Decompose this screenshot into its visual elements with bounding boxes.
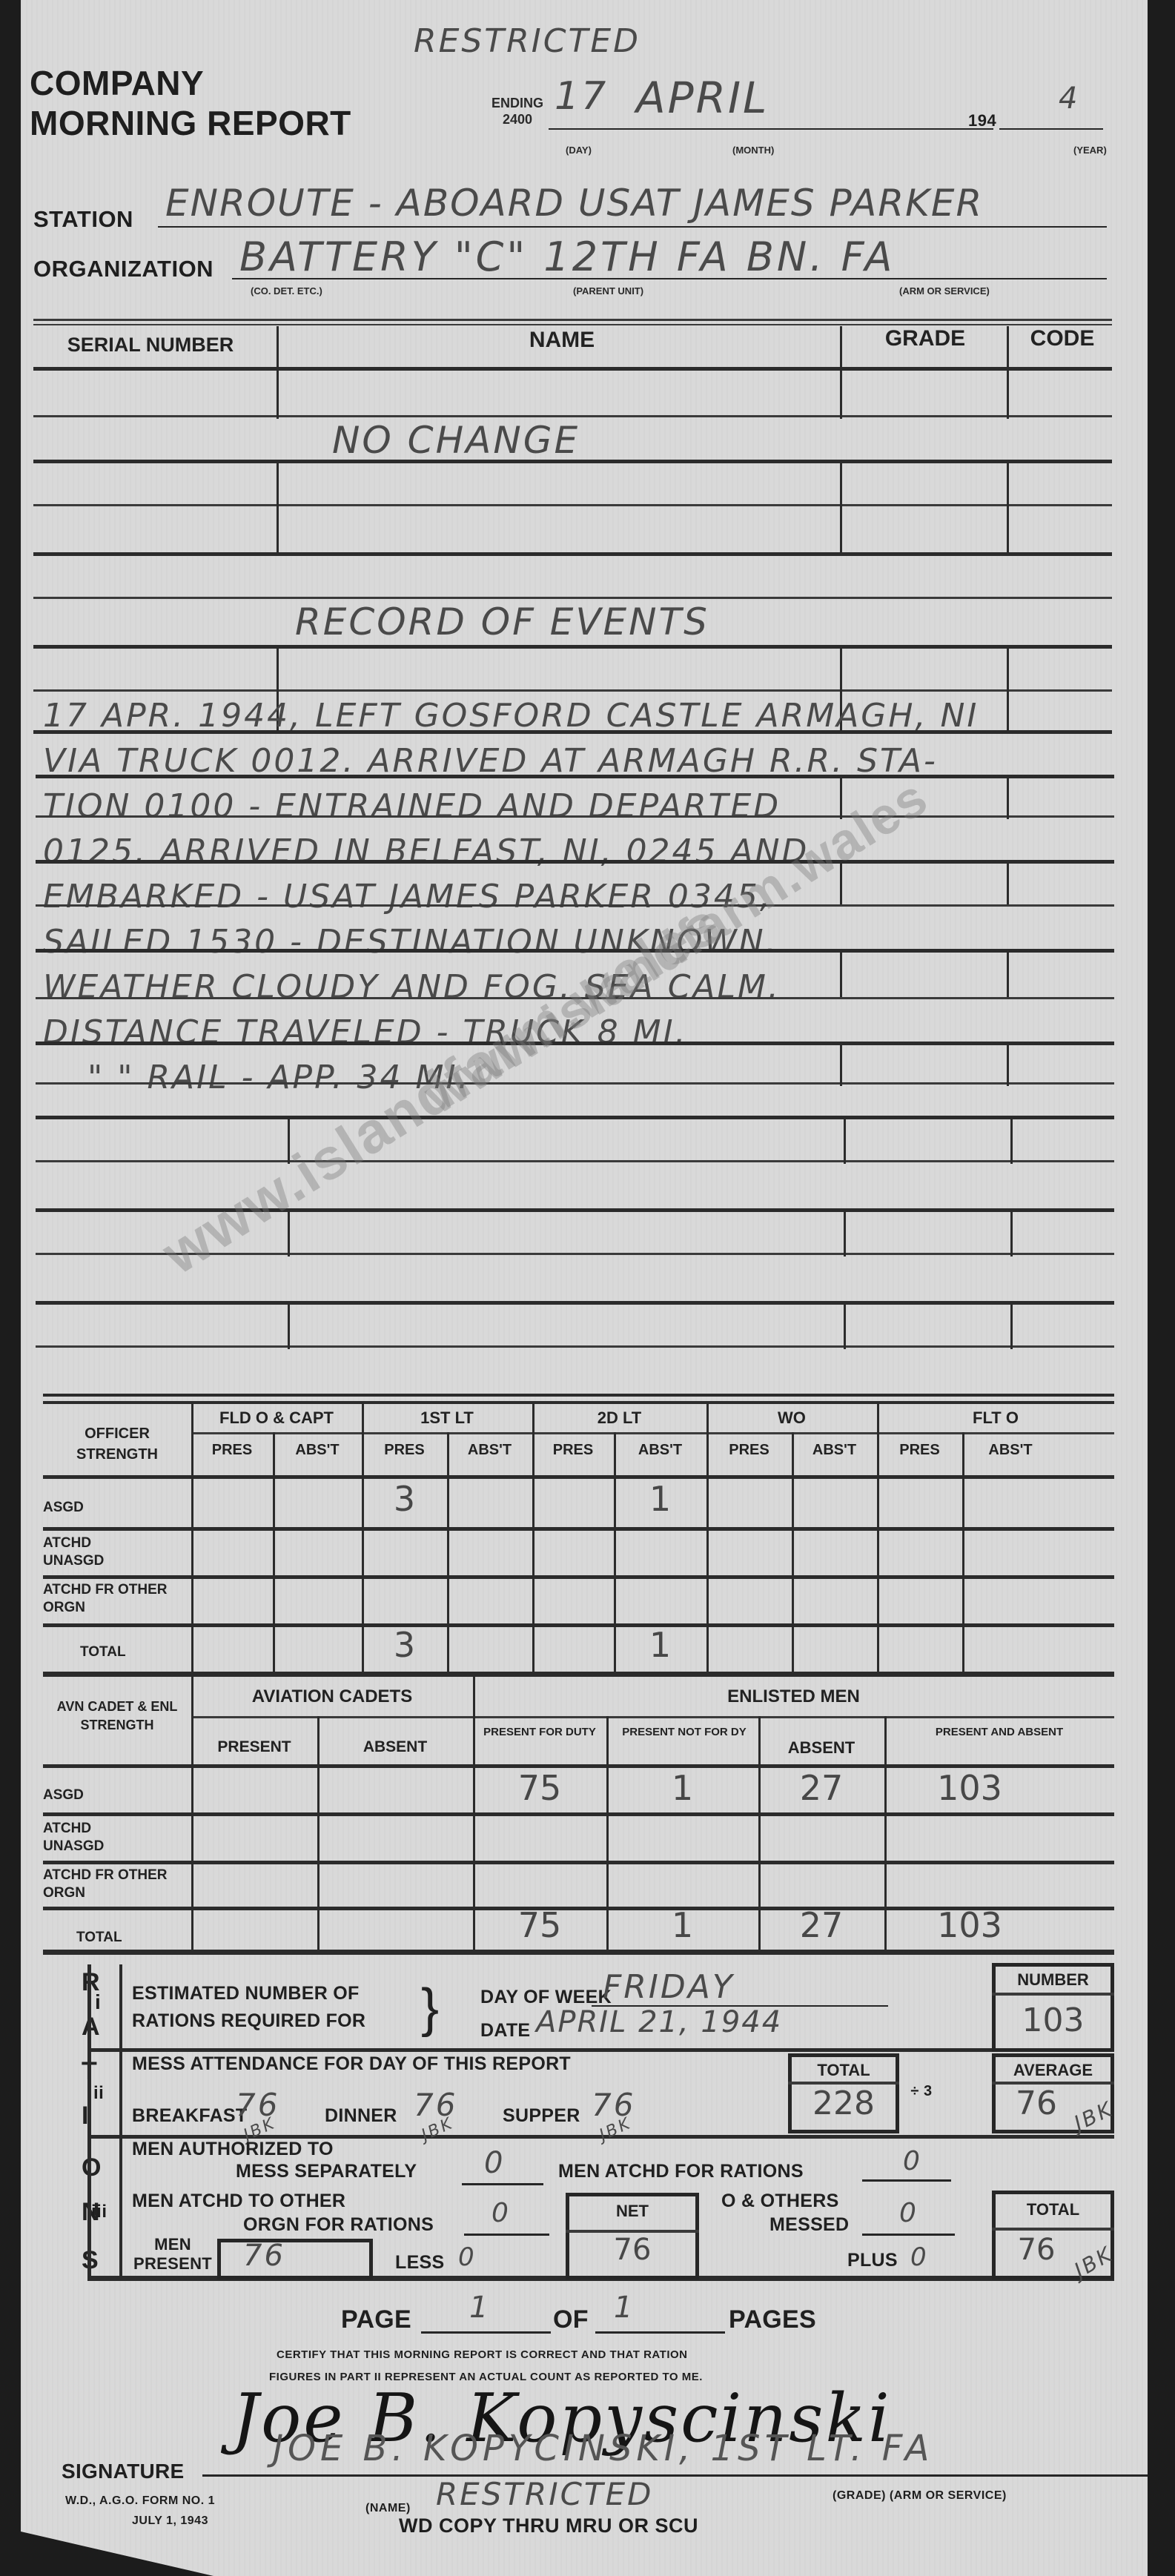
- rations-letter: O: [82, 2153, 101, 2182]
- name-caption: (NAME): [365, 2502, 411, 2515]
- roster-vrule: [1007, 860, 1009, 904]
- roster-rule: [36, 1082, 1114, 1085]
- men-present-label: MEN PRESENT: [128, 2235, 217, 2274]
- restricted-stamp-bottom: RESTRICTED: [436, 2476, 653, 2512]
- roster-rule: [36, 775, 1114, 778]
- average-value[interactable]: 76: [992, 2085, 1081, 2122]
- number-header: NUMBER: [992, 1970, 1114, 1990]
- col-code: CODE: [1010, 326, 1114, 351]
- officer-total-2d-lt-abst[interactable]: 1: [614, 1625, 706, 1665]
- roster-vrule: [1007, 775, 1009, 819]
- col-cadet-absent: ABSENT: [317, 1738, 473, 1756]
- men-present-value[interactable]: 76: [243, 2239, 285, 2273]
- roster-rule: [36, 949, 1114, 953]
- average-header: AVERAGE: [992, 2061, 1114, 2080]
- group-flt-o: FLT O: [877, 1408, 1114, 1428]
- ending-day-value[interactable]: 17: [555, 74, 608, 119]
- officer-asgd-1st-lt-pres[interactable]: 3: [362, 1479, 447, 1519]
- roster-vrule: [840, 949, 842, 997]
- roster-vrule: [844, 1116, 846, 1164]
- officer-total-1st-lt-pres[interactable]: 3: [362, 1625, 447, 1665]
- group-1st-lt: 1ST LT: [362, 1408, 532, 1428]
- col-present-not-for-dy: PRESENT NOT FOR DY: [614, 1724, 755, 1741]
- avn-enl-strength-header: AVN CADET & ENL STRENGTH: [43, 1698, 191, 1735]
- atchd-other-label-1: MEN ATCHD TO OTHER: [132, 2191, 345, 2212]
- officer-bottom-rule: [43, 1672, 1114, 1677]
- event-line[interactable]: " " RAIL - APP. 34 MI.: [43, 1055, 1111, 1100]
- others-messed-label-2: MESSED: [769, 2214, 849, 2236]
- rations-outer-left: [87, 1964, 91, 2279]
- roster-vrule: [844, 1208, 846, 1256]
- officer-strength-header: OFFICER STRENGTH: [43, 1423, 191, 1465]
- mess-attendance-title: MESS ATTENDANCE FOR DAY OF THIS REPORT: [132, 2053, 571, 2075]
- day-of-week-value[interactable]: FRIDAY: [603, 1968, 735, 2006]
- date-value[interactable]: APRIL 21, 1944: [536, 2005, 782, 2039]
- roster-vrule: [840, 326, 842, 419]
- sub-abst: ABS'T: [447, 1442, 532, 1459]
- event-line[interactable]: SAILED 1530 - DESTINATION UNKNOWN.: [43, 919, 1111, 964]
- mess-separately-value[interactable]: 0: [484, 2146, 505, 2180]
- roster-rule: [36, 904, 1114, 907]
- event-line[interactable]: EMBARKED - USAT JAMES PARKER 0345,: [43, 874, 1111, 919]
- men-present-box: [217, 2239, 373, 2279]
- rations-numeral-divider: [119, 1964, 122, 2279]
- roster-rule: [36, 860, 1114, 864]
- page-underline: [421, 2331, 551, 2334]
- year-value[interactable]: 4: [1059, 82, 1079, 116]
- roster-rule: [33, 415, 1112, 417]
- group-fld-capt: FLD O & CAPT: [191, 1408, 362, 1428]
- enl-total-present-not-for-dy[interactable]: 1: [606, 1905, 758, 1945]
- signature-label: SIGNATURE: [62, 2460, 185, 2483]
- enlisted-row-rule: [43, 1812, 1114, 1816]
- org-caption-company: (CO. DET. ETC.): [251, 285, 322, 297]
- roster-vrule: [1010, 1301, 1013, 1349]
- sub-abst: ABS'T: [962, 1442, 1059, 1459]
- roster-top-rule-2: [33, 324, 1112, 325]
- plus-label: PLUS: [847, 2250, 898, 2271]
- enlisted-vrule: [191, 1677, 193, 1953]
- enlisted-men-header: ENLISTED MEN: [473, 1686, 1114, 1707]
- group-wo: WO: [706, 1408, 877, 1428]
- enlisted-row-asgd: ASGD: [43, 1785, 84, 1806]
- enlisted-row-atchd-unasgd: ATCHD UNASGD: [43, 1820, 125, 1855]
- grade-caption: (GRADE) (ARM OR SERVICE): [833, 2489, 1007, 2503]
- col-present-for-duty: PRESENT FOR DUTY: [480, 1724, 599, 1741]
- roster-top-rule: [33, 319, 1112, 321]
- roster-rule: [33, 504, 1112, 506]
- roster-rule: [33, 597, 1112, 599]
- est-rations-label-1: ESTIMATED NUMBER OF: [132, 1983, 360, 2004]
- sub-pres: PRES: [362, 1442, 447, 1459]
- form-id-1: W.D., A.G.O. FORM NO. 1: [65, 2494, 215, 2508]
- roster-vrule: [1007, 326, 1009, 419]
- form-id-2: JULY 1, 1943: [132, 2514, 208, 2528]
- enl-asgd-present-for-duty[interactable]: 75: [473, 1768, 606, 1808]
- enl-asgd-present-not-for-dy[interactable]: 1: [606, 1768, 758, 1808]
- roster-vrule: [1010, 1116, 1013, 1164]
- sub-abst: ABS'T: [273, 1442, 362, 1459]
- sub-pres: PRES: [877, 1442, 962, 1459]
- roster-vrule: [1007, 1042, 1009, 1086]
- org-caption-parent: (PARENT UNIT): [573, 285, 643, 297]
- enl-total-present-for-duty[interactable]: 75: [473, 1905, 606, 1945]
- numeral-ii: ii: [93, 2083, 104, 2104]
- officer-vrule: [273, 1432, 275, 1674]
- ending-label: ENDING 2400: [491, 95, 543, 128]
- enlisted-row-rule: [43, 1861, 1114, 1864]
- org-caption-arm: (ARM OR SERVICE): [899, 285, 990, 297]
- officer-row-rule: [43, 1575, 1114, 1579]
- officer-vrule: [532, 1401, 534, 1674]
- atchd-for-rations-underline: [862, 2179, 951, 2182]
- organization-label: ORGANIZATION: [33, 256, 214, 282]
- officer-vrule: [792, 1432, 794, 1674]
- officer-vrule: [962, 1432, 964, 1674]
- others-messed-underline: [862, 2234, 955, 2236]
- dinner-label: DINNER: [325, 2105, 397, 2127]
- numeral-i: i: [95, 1990, 101, 2014]
- rations-total-value[interactable]: 76: [992, 2233, 1081, 2267]
- signature-line: [202, 2474, 1148, 2477]
- officer-group-rule: [191, 1432, 1114, 1434]
- roster-rule: [33, 367, 1112, 371]
- plus-value[interactable]: 0: [910, 2242, 929, 2272]
- brace-icon: }: [421, 1978, 439, 2039]
- number-box-divider: [992, 1993, 1114, 1996]
- number-value[interactable]: 103: [992, 2001, 1114, 2039]
- enlisted-bottom-rule: [43, 1950, 1114, 1955]
- rations-total-header: TOTAL: [992, 2200, 1114, 2219]
- mess-separately-label-2: MESS SEPARATELY: [236, 2161, 417, 2182]
- enl-asgd-present-and-absent[interactable]: 103: [884, 1768, 1055, 1808]
- enlisted-vrule: [317, 1716, 320, 1953]
- restricted-stamp-top: RESTRICTED: [414, 22, 641, 60]
- form-title-line2: MORNING REPORT: [30, 103, 351, 143]
- sub-pres: PRES: [706, 1442, 792, 1459]
- of-underline: [595, 2331, 725, 2334]
- officer-row-atchd-unasgd: ATCHD UNASGD: [43, 1534, 125, 1570]
- officer-vrule: [877, 1401, 879, 1674]
- roster-rule: [36, 815, 1114, 818]
- roster-vrule: [840, 1042, 842, 1086]
- others-messed-value[interactable]: 0: [899, 2198, 919, 2228]
- sub-abst: ABS'T: [792, 1442, 877, 1459]
- net-header: NET: [566, 2202, 699, 2221]
- page-label: PAGE: [341, 2305, 411, 2334]
- atchd-other-underline: [464, 2234, 549, 2236]
- certify-line-1: CERTIFY THAT THIS MORNING REPORT IS CORR…: [277, 2348, 688, 2361]
- ending-month-value[interactable]: APRIL: [636, 73, 769, 123]
- officer-row-atchd-fr: ATCHD FR OTHER ORGN: [43, 1581, 191, 1617]
- organization-underline: [232, 278, 1107, 279]
- enl-total-present-and-absent[interactable]: 103: [884, 1905, 1055, 1945]
- atchd-other-value[interactable]: 0: [491, 2198, 511, 2228]
- atchd-other-label-2: ORGN FOR RATIONS: [243, 2214, 434, 2236]
- net-value[interactable]: 76: [566, 2233, 699, 2267]
- event-line[interactable]: 17 APR. 1944, LEFT GOSFORD CASTLE ARMAGH…: [43, 693, 1111, 738]
- col-present-and-absent: PRESENT AND ABSENT: [910, 1724, 1088, 1741]
- roster-vrule: [277, 460, 279, 552]
- mess-separately-label-1: MEN AUTHORIZED TO: [132, 2139, 334, 2160]
- rations-total-divider: [992, 2228, 1114, 2231]
- roster-rule: [36, 1160, 1114, 1162]
- printed-name[interactable]: JOE B. KOPYCINSKI, 1ST LT. FA: [273, 2428, 933, 2469]
- event-line[interactable]: TION 0100 - ENTRAINED AND DEPARTED: [43, 784, 1111, 829]
- roster-vrule: [1010, 1208, 1013, 1256]
- officer-row-rule: [43, 1475, 1114, 1479]
- roster-rule: [36, 1301, 1114, 1305]
- enlisted-row-atchd-fr: ATCHD FR OTHER ORGN: [43, 1867, 191, 1902]
- col-serial-number: SERIAL NUMBER: [39, 334, 262, 357]
- copy-note: WD COPY THRU MRU OR SCU: [399, 2514, 698, 2537]
- dinner-value[interactable]: 76: [414, 2087, 457, 2123]
- men-present-label-1: MEN: [128, 2235, 217, 2254]
- form-title: COMPANY MORNING REPORT: [30, 63, 351, 143]
- enlisted-group-rule: [191, 1716, 1114, 1718]
- supper-value[interactable]: 76: [592, 2087, 635, 2123]
- mess-total-value[interactable]: 228: [788, 2085, 899, 2122]
- pages-label: PAGES: [729, 2305, 816, 2334]
- others-messed-label-1: O & OTHERS: [721, 2191, 839, 2212]
- station-value[interactable]: ENROUTE - ABOARD USAT JAMES PARKER: [165, 182, 983, 225]
- atchd-for-rations-value[interactable]: 0: [903, 2146, 922, 2176]
- divide-by-three: ÷ 3: [910, 2083, 933, 2099]
- ending-underline: [549, 128, 993, 130]
- sub-pres: PRES: [532, 1442, 614, 1459]
- mess-total-header: TOTAL: [788, 2061, 899, 2080]
- officer-vrule: [191, 1401, 193, 1674]
- roster-rule: [33, 689, 1112, 692]
- roster-vrule: [277, 326, 279, 419]
- less-value[interactable]: 0: [458, 2242, 477, 2272]
- col-grade: GRADE: [844, 326, 1007, 351]
- col-enl-absent: ABSENT: [758, 1738, 884, 1758]
- of-value[interactable]: 1: [614, 2291, 635, 2325]
- enl-asgd-absent[interactable]: 27: [758, 1768, 884, 1808]
- roster-rule: [33, 645, 1112, 649]
- form-title-line1: COMPANY: [30, 63, 351, 103]
- officer-vrule: [447, 1432, 449, 1674]
- mess-separately-underline: [462, 2183, 543, 2185]
- event-line[interactable]: 0125. ARRIVED IN BELFAST, NI, 0245 AND: [43, 829, 1111, 874]
- roster-rule: [36, 1116, 1114, 1119]
- aviation-cadets-header: AVIATION CADETS: [191, 1686, 473, 1707]
- officer-asgd-2d-lt-abst[interactable]: 1: [614, 1479, 706, 1519]
- col-name: NAME: [280, 328, 844, 353]
- sub-abst: ABS'T: [614, 1442, 706, 1459]
- roster-vrule: [288, 1301, 290, 1349]
- officer-row-asgd: ASGD: [43, 1497, 84, 1518]
- group-2d-lt: 2D LT: [532, 1408, 706, 1428]
- officer-row-rule: [43, 1623, 1114, 1627]
- year-underline: [999, 128, 1103, 130]
- station-underline: [158, 226, 1107, 228]
- roster-vrule: [840, 460, 842, 552]
- rations-section-rule: [87, 2048, 1114, 2052]
- sub-pres: PRES: [191, 1442, 273, 1459]
- date-label: DATE: [480, 2020, 530, 2042]
- roster-vrule: [1007, 949, 1009, 997]
- officer-top-rule-2: [43, 1401, 1114, 1404]
- day-caption: (DAY): [566, 145, 592, 156]
- roster-rule: [36, 1345, 1114, 1348]
- of-label: OF: [553, 2305, 589, 2334]
- organization-value[interactable]: BATTERY "C" 12TH FA BN. FA: [239, 234, 895, 280]
- officer-vrule: [706, 1401, 709, 1674]
- page-value[interactable]: 1: [469, 2291, 490, 2325]
- roster-rule: [33, 552, 1112, 556]
- breakfast-value[interactable]: 76: [236, 2087, 279, 2123]
- atchd-for-rations-label: MEN ATCHD FOR RATIONS: [558, 2161, 804, 2182]
- less-label: LESS: [395, 2252, 445, 2274]
- breakfast-label: BREAKFAST: [132, 2105, 247, 2127]
- officer-top-rule: [43, 1394, 1114, 1397]
- year-caption: (YEAR): [1073, 145, 1107, 156]
- est-rations-label-2: RATIONS REQUIRED FOR: [132, 2010, 365, 2032]
- roster-vrule: [1007, 460, 1009, 552]
- roster-vrule: [844, 1301, 846, 1349]
- station-label: STATION: [33, 206, 133, 233]
- page-corner-shadow: [21, 2532, 214, 2576]
- col-cadet-present: PRESENT: [191, 1738, 317, 1756]
- morning-report-form: RESTRICTED COMPANY MORNING REPORT ENDING…: [21, 0, 1148, 2576]
- ending-time: 2400: [491, 111, 543, 128]
- record-of-events-title: RECORD OF EVENTS: [295, 600, 709, 643]
- month-caption: (MONTH): [732, 145, 774, 156]
- numeral-iii: iii: [91, 2202, 107, 2222]
- no-change-entry[interactable]: NO CHANGE: [332, 419, 580, 462]
- year-prefix: 194: [968, 111, 996, 130]
- ending-word: ENDING: [491, 95, 543, 111]
- supper-label: SUPPER: [503, 2105, 580, 2127]
- enlisted-row-total: TOTAL: [76, 1927, 122, 1948]
- enl-total-absent[interactable]: 27: [758, 1905, 884, 1945]
- officer-row-rule: [43, 1527, 1114, 1531]
- officer-row-total: TOTAL: [80, 1642, 126, 1663]
- men-present-label-2: PRESENT: [128, 2254, 217, 2274]
